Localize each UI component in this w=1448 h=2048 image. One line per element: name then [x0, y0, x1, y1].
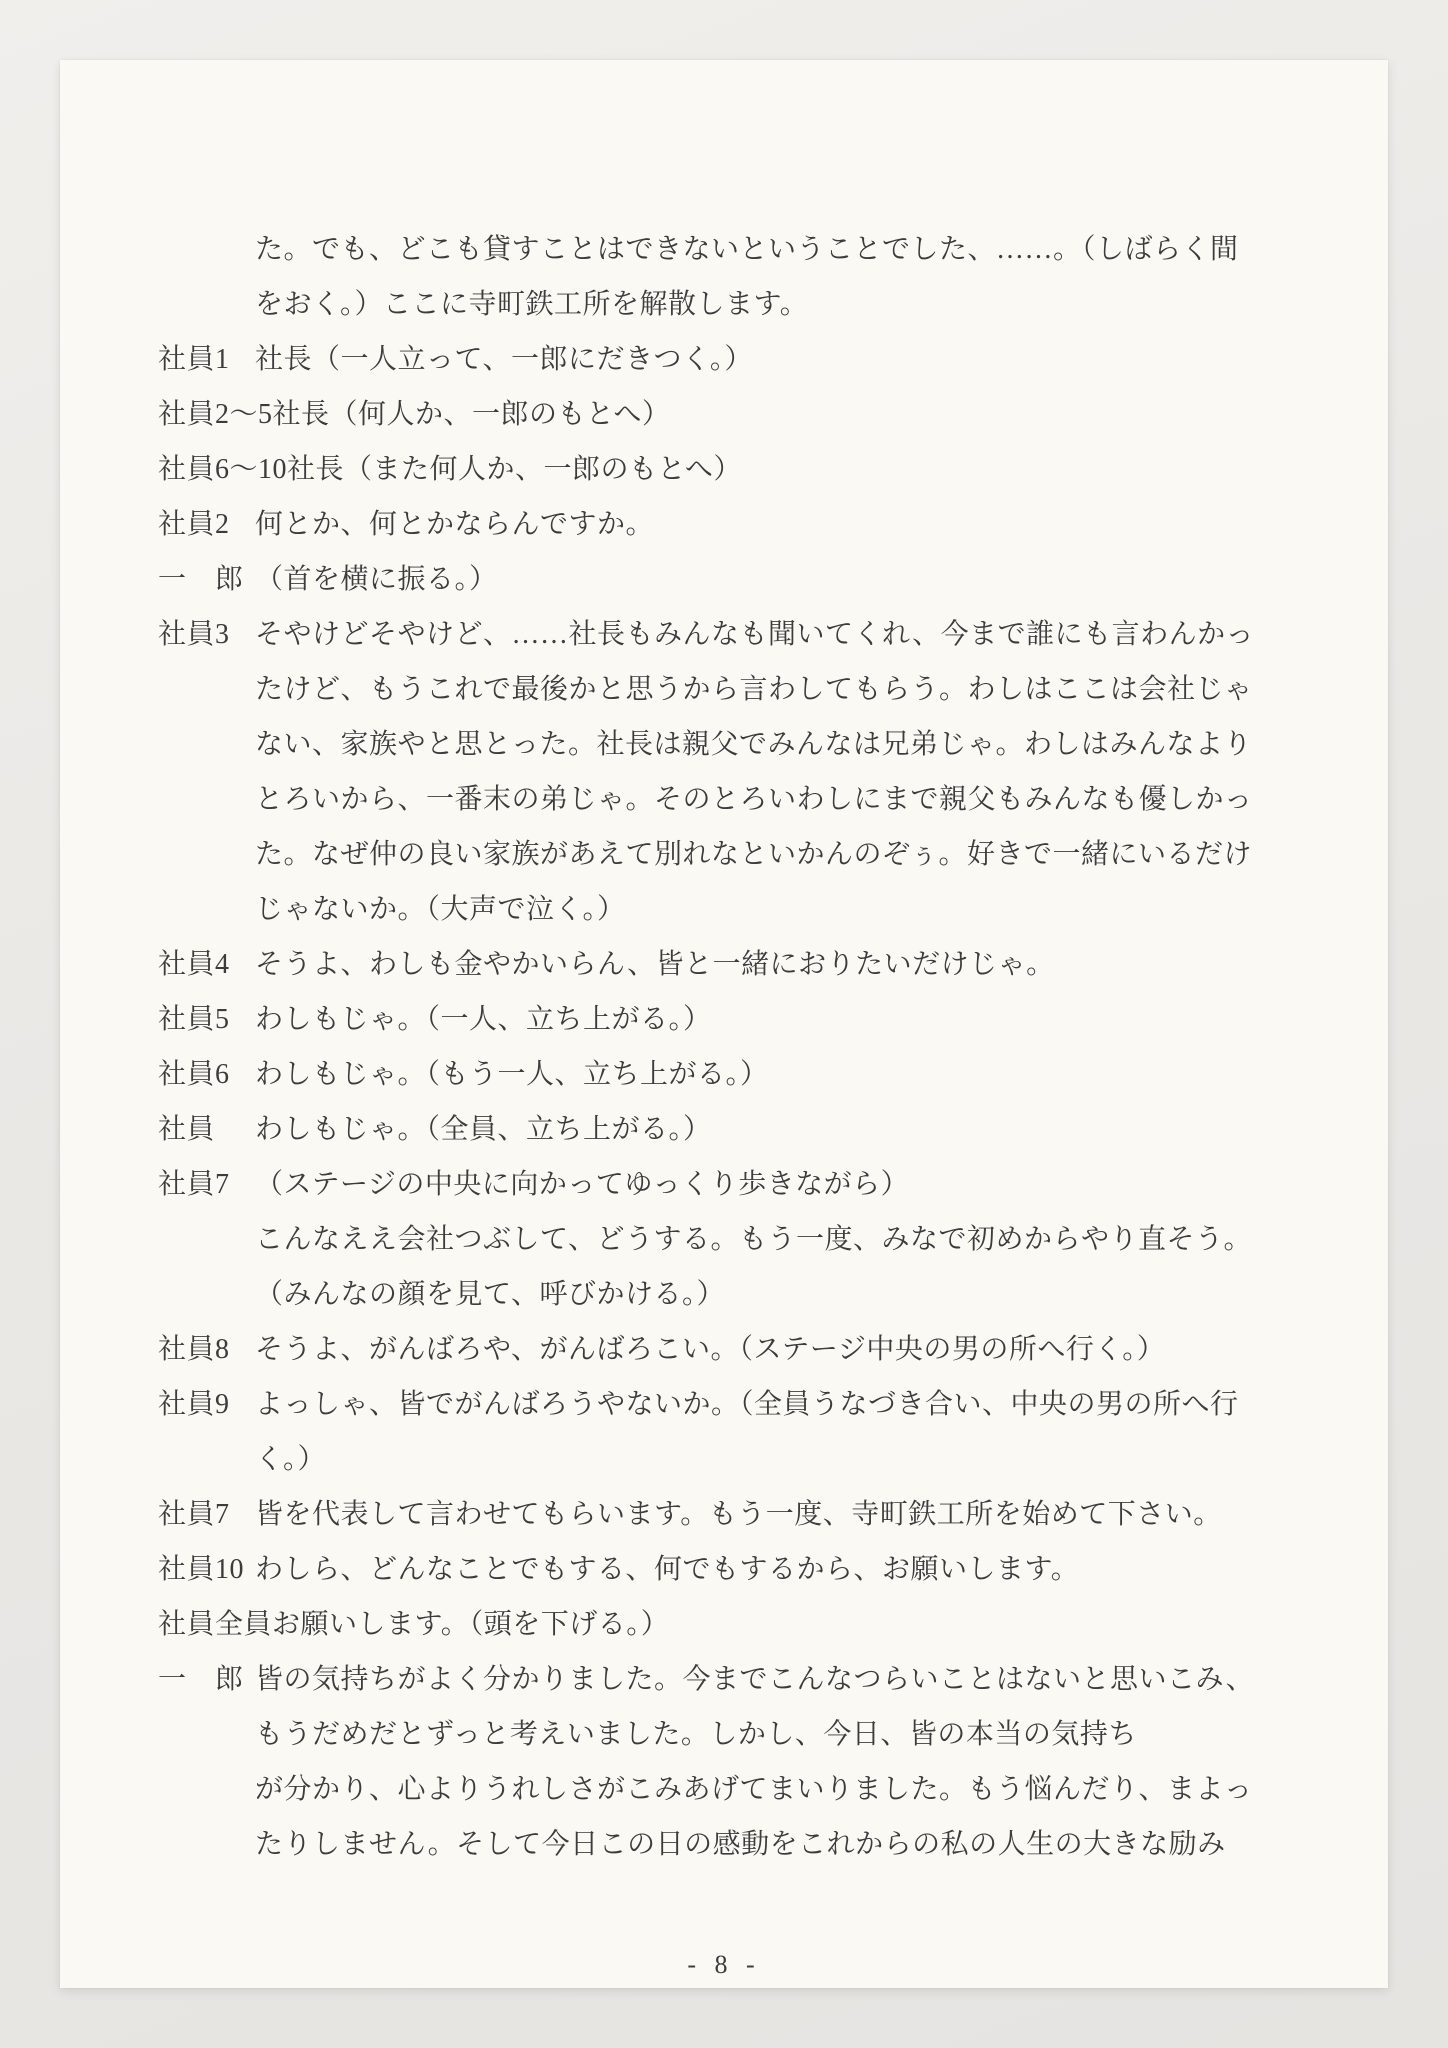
dialogue-lines: 皆の気持ちがよく分かりました。今までこんなつらいことはないと思いこみ、もうだめだ… [255, 1652, 1272, 1872]
speaker-label: 社員3 [158, 607, 255, 662]
dialogue-line: 社長（また何人か、一郎のもとへ） [287, 442, 1272, 497]
dialogue-line: （ステージの中央に向かってゆっくり歩きながら） [255, 1157, 1272, 1212]
dialogue-line: 皆を代表して言わせてもらいます。もう一度、寺町鉄工所を始めて下さい。 [255, 1487, 1272, 1542]
speaker-label: 社員8 [158, 1322, 255, 1377]
speaker-label: 社員1 [158, 332, 255, 387]
script-entry: 一 郎 （首を横に振る。） [158, 552, 1272, 607]
script-entry: 社員8 そうよ、がんばろや、がんばろこい。（ステージ中央の男の所へ行く。） [158, 1322, 1272, 1377]
speaker-label: 社員2～5 [158, 387, 273, 442]
dialogue-line: じゃないか。（大声で泣く。） [255, 882, 1272, 937]
dialogue-lines: 何とか、何とかならんですか。 [255, 497, 1272, 552]
dialogue-lines: わしもじゃ。（全員、立ち上がる。） [255, 1102, 1272, 1157]
dialogue-lines: わしもじゃ。（一人、立ち上がる。） [255, 992, 1272, 1047]
dialogue-lines: （首を横に振る。） [255, 552, 1272, 607]
dialogue-line: そうよ、わしも金やかいらん、皆と一緒におりたいだけじゃ。 [255, 937, 1272, 992]
speaker-label: 社員6 [158, 1047, 255, 1102]
dialogue-line: こんなええ会社つぶして、どうする。もう一度、みなで初めからやり直そう。 [255, 1212, 1272, 1267]
dialogue-lines: 社長（一人立って、一郎にだきつく。） [255, 332, 1272, 387]
dialogue-lines: 社長（何人か、一郎のもとへ） [273, 387, 1272, 442]
dialogue-line: そやけどそやけど、……社長もみんなも聞いてくれ、今まで誰にも言わんかっ [255, 607, 1272, 662]
script-entry: 社員2～5 社長（何人か、一郎のもとへ） [158, 387, 1272, 442]
dialogue-line: （首を横に振る。） [255, 552, 1272, 607]
dialogue-lines: お願いします。（頭を下げる。） [272, 1597, 1272, 1652]
dialogue-lines: 社長（また何人か、一郎のもとへ） [287, 442, 1272, 497]
speaker-label: 社員 [158, 1102, 255, 1157]
script-entry: 社員全員 お願いします。（頭を下げる。） [158, 1597, 1272, 1652]
speaker-label: 社員6～10 [158, 442, 287, 497]
dialogue-line: く。） [255, 1432, 1272, 1487]
document-page: た。でも、どこも貸すことはできないということでした、……。（しばらく間をおく。）… [60, 60, 1388, 1988]
speaker-label: 社員7 [158, 1487, 255, 1542]
dialogue-lines: 皆を代表して言わせてもらいます。もう一度、寺町鉄工所を始めて下さい。 [255, 1487, 1272, 1542]
dialogue-line: わしもじゃ。（もう一人、立ち上がる。） [255, 1047, 1272, 1102]
dialogue-line: そうよ、がんばろや、がんばろこい。（ステージ中央の男の所へ行く。） [255, 1322, 1272, 1377]
script-entry: 社員7 皆を代表して言わせてもらいます。もう一度、寺町鉄工所を始めて下さい。 [158, 1487, 1272, 1542]
dialogue-line: ない、家族やと思とった。社長は親父でみんなは兄弟じゃ。わしはみんなより [255, 717, 1272, 772]
speaker-label: 社員全員 [158, 1597, 272, 1652]
script-body: た。でも、どこも貸すことはできないということでした、……。（しばらく間をおく。）… [158, 222, 1272, 1872]
dialogue-line: わしら、どんなことでもする、何でもするから、お願いします。 [255, 1542, 1272, 1597]
dialogue-lines: よっしゃ、皆でがんばろうやないか。（全員うなづき合い、中央の男の所へ行く。） [255, 1377, 1272, 1487]
dialogue-line: 社長（何人か、一郎のもとへ） [273, 387, 1272, 442]
dialogue-lines: そうよ、わしも金やかいらん、皆と一緒におりたいだけじゃ。 [255, 937, 1272, 992]
page-number: - 8 - [60, 1948, 1388, 1982]
dialogue-line: た。なぜ仲の良い家族があえて別れなといかんのぞぅ。好きで一緒にいるだけ [255, 827, 1272, 882]
script-entry: 社員6 わしもじゃ。（もう一人、立ち上がる。） [158, 1047, 1272, 1102]
script-entry: 社員6～10 社長（また何人か、一郎のもとへ） [158, 442, 1272, 497]
dialogue-line: わしもじゃ。（全員、立ち上がる。） [255, 1102, 1272, 1157]
speaker-label: 一 郎 [158, 1652, 255, 1707]
speaker-label: 社員4 [158, 937, 255, 992]
script-entry: 社員5 わしもじゃ。（一人、立ち上がる。） [158, 992, 1272, 1047]
speaker-label: 社員2 [158, 497, 255, 552]
dialogue-line: 何とか、何とかならんですか。 [255, 497, 1272, 552]
script-entry: 社員9 よっしゃ、皆でがんばろうやないか。（全員うなづき合い、中央の男の所へ行く… [158, 1377, 1272, 1487]
dialogue-lines: わしら、どんなことでもする、何でもするから、お願いします。 [255, 1542, 1272, 1597]
dialogue-lines: （ステージの中央に向かってゆっくり歩きながら）こんなええ会社つぶして、どうする。… [255, 1157, 1272, 1322]
script-entry: 社員 わしもじゃ。（全員、立ち上がる。） [158, 1102, 1272, 1157]
dialogue-line: た。でも、どこも貸すことはできないということでした、……。（しばらく間 [255, 222, 1272, 277]
script-entry: 社員4 そうよ、わしも金やかいらん、皆と一緒におりたいだけじゃ。 [158, 937, 1272, 992]
dialogue-line: 皆の気持ちがよく分かりました。今までこんなつらいことはないと思いこみ、 [255, 1652, 1272, 1707]
dialogue-line: お願いします。（頭を下げる。） [272, 1597, 1272, 1652]
speaker-label: 社員5 [158, 992, 255, 1047]
speaker-label: 社員7 [158, 1157, 255, 1212]
dialogue-line: 社長（一人立って、一郎にだきつく。） [255, 332, 1272, 387]
speaker-label: 社員10 [158, 1542, 255, 1597]
dialogue-line: わしもじゃ。（一人、立ち上がる。） [255, 992, 1272, 1047]
dialogue-line: もうだめだとずっと考えいました。しかし、今日、皆の本当の気持ち [255, 1707, 1272, 1762]
dialogue-line: よっしゃ、皆でがんばろうやないか。（全員うなづき合い、中央の男の所へ行 [255, 1377, 1272, 1432]
script-entry: 社員3 そやけどそやけど、……社長もみんなも聞いてくれ、今まで誰にも言わんかった… [158, 607, 1272, 937]
dialogue-line: とろいから、一番末の弟じゃ。そのとろいわしにまで親父もみんなも優しかっ [255, 772, 1272, 827]
script-entry: 社員7 （ステージの中央に向かってゆっくり歩きながら）こんなええ会社つぶして、ど… [158, 1157, 1272, 1322]
script-entry: 社員2 何とか、何とかならんですか。 [158, 497, 1272, 552]
dialogue-line: が分かり、心よりうれしさがこみあげてまいりました。もう悩んだり、まよっ [255, 1762, 1272, 1817]
dialogue-lines: た。でも、どこも貸すことはできないということでした、……。（しばらく間をおく。）… [255, 222, 1272, 332]
dialogue-line: （みんなの顔を見て、呼びかける。） [255, 1267, 1272, 1322]
script-entry: 社員1 社長（一人立って、一郎にだきつく。） [158, 332, 1272, 387]
script-entry: 社員10 わしら、どんなことでもする、何でもするから、お願いします。 [158, 1542, 1272, 1597]
dialogue-lines: そうよ、がんばろや、がんばろこい。（ステージ中央の男の所へ行く。） [255, 1322, 1272, 1377]
speaker-label: 一 郎 [158, 552, 255, 607]
speaker-label: 社員9 [158, 1377, 255, 1432]
dialogue-lines: そやけどそやけど、……社長もみんなも聞いてくれ、今まで誰にも言わんかったけど、も… [255, 607, 1272, 937]
dialogue-line: たけど、もうこれで最後かと思うから言わしてもらう。わしはここは会社じゃ [255, 662, 1272, 717]
script-entry: た。でも、どこも貸すことはできないということでした、……。（しばらく間をおく。）… [158, 222, 1272, 332]
dialogue-line: をおく。）ここに寺町鉄工所を解散します。 [255, 277, 1272, 332]
screenshot-root: { "page": { "number_label": "- 8 -", "en… [0, 0, 1448, 2048]
dialogue-line: たりしません。そして今日この日の感動をこれからの私の人生の大きな励み [255, 1817, 1272, 1872]
script-entry: 一 郎 皆の気持ちがよく分かりました。今までこんなつらいことはないと思いこみ、も… [158, 1652, 1272, 1872]
dialogue-lines: わしもじゃ。（もう一人、立ち上がる。） [255, 1047, 1272, 1102]
